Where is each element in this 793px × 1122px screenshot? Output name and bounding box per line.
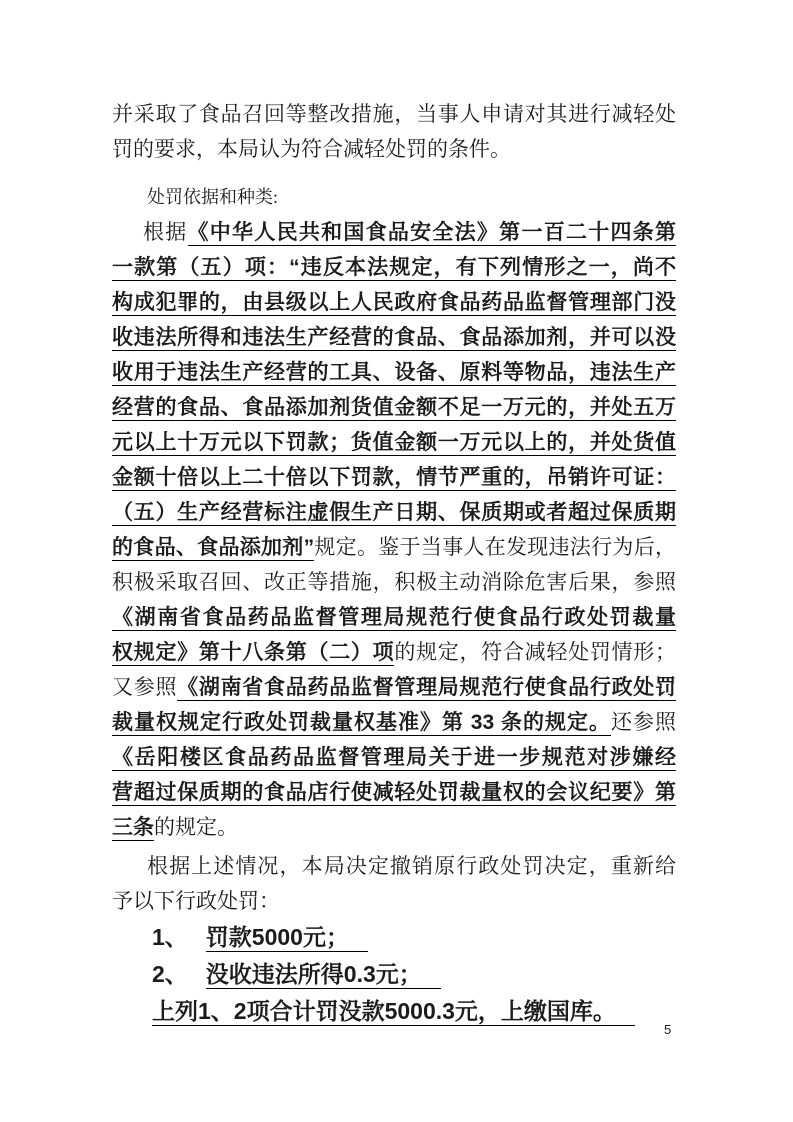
paragraph-new-decision: 根据上述情况，本局决定撤销原行政处罚决定，重新给予以下行政处罚： <box>112 849 676 919</box>
text-line: 根据上述情况，本局决定撤销原行政处罚决定，重新给 <box>112 849 676 884</box>
text-line: 予以下行政处罚： <box>112 884 676 919</box>
text-line: 三条的规定。 <box>112 810 676 845</box>
text-segment: 收违法所得和违法生产经营的食品、食品添加剂，并可以没 <box>112 326 676 351</box>
text-segment: 予以下行政处罚： <box>112 889 280 913</box>
text-segment: 罚款5000元； <box>206 924 368 952</box>
text-line: 裁量权规定行政处罚裁量权基准》第 33 条的规定。还参照 <box>112 705 676 740</box>
text-segment: 处罚依据和种类: <box>147 187 278 207</box>
text-segment: 三条 <box>112 816 154 841</box>
text-segment: 又参照 <box>112 675 177 699</box>
text-segment: 根据上述情况，本局决定撤销原行政处罚决定，重新给 <box>147 854 676 878</box>
penalty-item-1: 1、罚款5000元； <box>112 919 676 956</box>
text-line: 收用于违法生产经营的工具、设备、原料等物品，违法生产 <box>112 355 676 390</box>
text-line: 又参照《湖南省食品药品监督管理局规范行使食品行政处罚 <box>112 670 676 705</box>
text-segment: 《岳阳楼区食品药品监督管理局关于进一步规范对涉嫌经 <box>112 746 676 771</box>
text-segment: 的规定，符合减轻处罚情形； <box>394 640 676 664</box>
document-content: 并采取了食品召回等整改措施，当事人申请对其进行减轻处罚的要求，本局认为符合减轻处… <box>0 0 793 1030</box>
text-segment: 营超过保质期的食品店行使减轻处罚裁量权的会议纪要》第 <box>112 781 676 806</box>
text-segment: 经营的食品、食品添加剂货值金额不足一万元的，并处五万 <box>112 396 676 421</box>
text-line: 元以上十万元以下罚款；货值金额一万元以上的，并处货值 <box>112 425 676 460</box>
text-segment: 收用于违法生产经营的工具、设备、原料等物品，违法生产 <box>112 361 676 386</box>
text-line: （五）生产经营标注虚假生产日期、保质期或者超过保质期 <box>112 495 676 530</box>
text-line: 《湖南省食品药品监督管理局规范行使食品行政处罚裁量 <box>112 600 676 635</box>
document-page: 并采取了食品召回等整改措施，当事人申请对其进行减轻处罚的要求，本局认为符合减轻处… <box>0 0 793 1122</box>
text-segment: 《湖南省食品药品监督管理局规范行使食品行政处罚裁量 <box>112 606 676 631</box>
text-line: 金额十倍以上二十倍以下罚款，情节严重的，吊销许可证： <box>112 460 676 495</box>
text-line: 权规定》第十八条第（二）项的规定，符合减轻处罚情形； <box>112 635 676 670</box>
text-line: 一款第（五）项：“违反本法规定，有下列情形之一，尚不 <box>112 250 676 285</box>
penalty-item-2: 2、没收违法所得0.3元； <box>112 956 676 993</box>
paragraph-mitigation-request: 并采取了食品召回等整改措施，当事人申请对其进行减轻处罚的要求，本局认为符合减轻处… <box>112 97 676 167</box>
text-line: 收违法所得和违法生产经营的食品、食品添加剂，并可以没 <box>112 320 676 355</box>
text-line: 营超过保质期的食品店行使减轻处罚裁量权的会议纪要》第 <box>112 775 676 810</box>
text-segment: 元以上十万元以下罚款；货值金额一万元以上的，并处货值 <box>112 431 676 456</box>
paragraph-legal-basis: 根据《中华人民共和国食品安全法》第一百二十四条第一款第（五）项：“违反本法规定，… <box>112 215 676 845</box>
text-segment: 还参照 <box>611 710 676 734</box>
text-segment: 《中华人民共和国食品安全法》第一百二十四条第 <box>188 221 676 246</box>
text-line: 构成犯罪的，由县级以上人民政府食品药品监督管理部门没 <box>112 285 676 320</box>
penalty-total: 上列1、2项合计罚没款5000.3元，上缴国库。 <box>112 993 676 1030</box>
text-segment: 规定。鉴于当事人在发现违法行为后， <box>314 535 676 559</box>
text-line: 罚的要求，本局认为符合减轻处罚的条件。 <box>112 132 676 167</box>
text-line: 《岳阳楼区食品药品监督管理局关于进一步规范对涉嫌经 <box>112 740 676 775</box>
text-segment: 1、 <box>152 924 188 950</box>
text-segment: 一款第（五）项：“违反本法规定，有下列情形之一，尚不 <box>112 256 676 281</box>
text-segment: 并采取了食品召回等整改措施，当事人申请对其进行减轻处 <box>112 102 676 126</box>
text-segment: 根据 <box>143 220 188 244</box>
text-segment: 的食品、食品添加剂” <box>112 536 314 561</box>
text-line: 的食品、食品添加剂”规定。鉴于当事人在发现违法行为后， <box>112 530 676 565</box>
text-segment: 的规定。 <box>154 815 238 839</box>
text-segment: 裁量权规定行政处罚裁量权基准》第 33 条的规定。 <box>112 711 611 736</box>
penalty-list: 1、罚款5000元；2、没收违法所得0.3元；上列1、2项合计罚没款5000.3… <box>112 919 676 1030</box>
text-segment: 金额十倍以上二十倍以下罚款，情节严重的，吊销许可证： <box>112 466 676 491</box>
text-segment: 2、 <box>152 961 188 987</box>
text-segment: 没收违法所得0.3元； <box>206 961 441 989</box>
text-segment: 《湖南省食品药品监督管理局规范行使食品行政处罚 <box>177 676 676 701</box>
text-segment: 积极采取召回、改正等措施，积极主动消除危害后果，参照 <box>112 570 676 594</box>
text-line: 积极采取召回、改正等措施，积极主动消除危害后果，参照 <box>112 565 676 600</box>
text-segment: 上列1、2项合计罚没款5000.3元，上缴国库。 <box>152 998 635 1026</box>
text-line: 并采取了食品召回等整改措施，当事人申请对其进行减轻处 <box>112 97 676 132</box>
page-number: 5 <box>664 1022 671 1037</box>
section-heading: 处罚依据和种类: <box>112 184 676 211</box>
text-segment: 构成犯罪的，由县级以上人民政府食品药品监督管理部门没 <box>112 291 676 316</box>
heading-penalty-basis: 处罚依据和种类: <box>112 184 676 211</box>
text-line: 根据《中华人民共和国食品安全法》第一百二十四条第 <box>112 215 676 250</box>
text-segment: （五）生产经营标注虚假生产日期、保质期或者超过保质期 <box>112 501 676 526</box>
text-line: 经营的食品、食品添加剂货值金额不足一万元的，并处五万 <box>112 390 676 425</box>
text-segment: 权规定》第十八条第（二）项 <box>112 641 394 666</box>
text-segment: 罚的要求，本局认为符合减轻处罚的条件。 <box>112 137 511 161</box>
